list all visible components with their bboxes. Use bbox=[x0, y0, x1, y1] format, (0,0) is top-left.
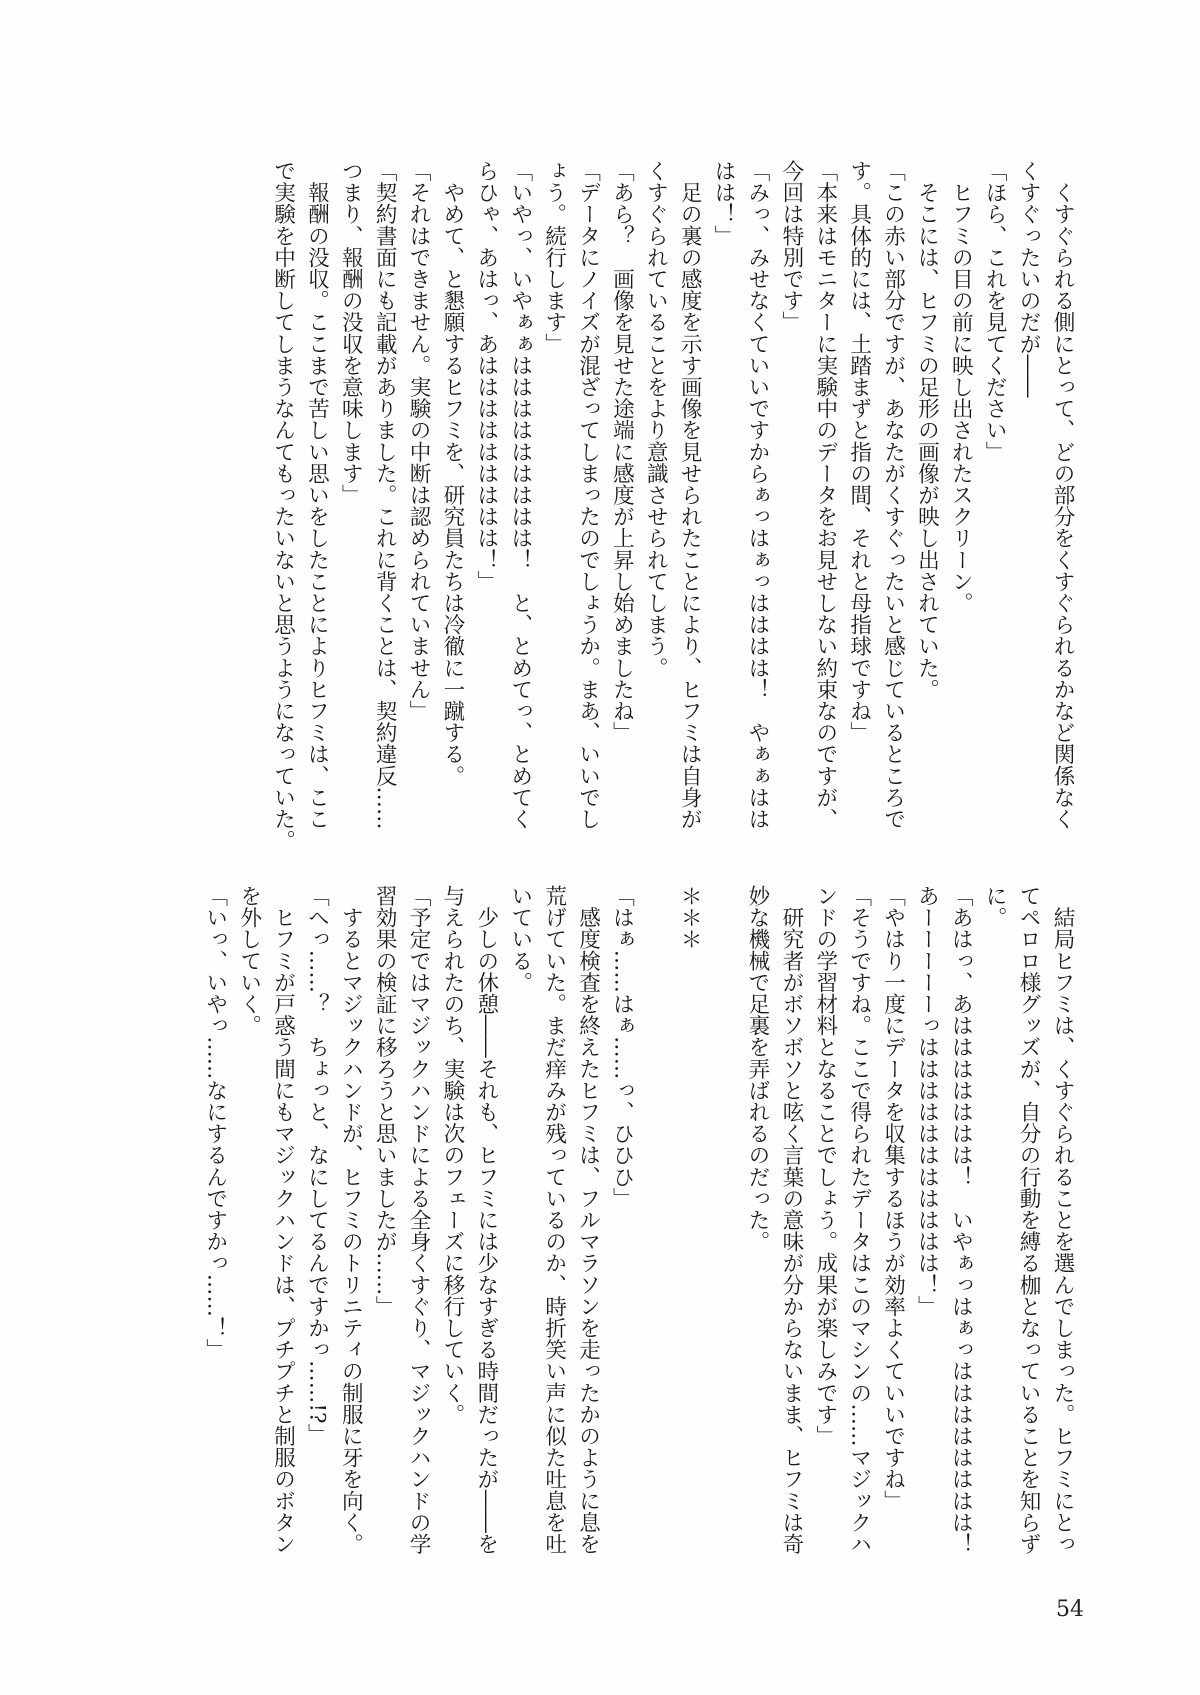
text-column: あーーーーーっははははははははははは！」 bbox=[910, 885, 944, 1575]
text-column: 荒げていた。まだ痒みが残っているのか、時折笑い声に似た吐息を吐 bbox=[537, 885, 571, 1575]
text-column: 「いっ、いやっ……なにするんですかっ……！」 bbox=[198, 885, 232, 1575]
text-column: ンドの学習材料となることでしょう。成果が楽しみです」 bbox=[808, 885, 842, 1575]
text-column: やめて、と懇願するヒフミを、研究員たちは冷徹に一蹴する。 bbox=[435, 160, 469, 850]
text-column: 感度検査を終えたヒフミは、フルマラソンを走ったかのように息を bbox=[571, 885, 605, 1575]
text-column: そこには、ヒフミの足形の画像が映し出されていた。 bbox=[910, 160, 944, 850]
text-column: するとマジックハンドが、ヒフミのトリニティの制服に牙を向く。 bbox=[333, 885, 367, 1575]
text-column: いている。 bbox=[503, 885, 537, 1575]
text-column: 習効果の検証に移ろうと思いましたが……」 bbox=[367, 885, 401, 1575]
text-column: す。具体的には、土踏まずと指の間、それと母指球ですね」 bbox=[842, 160, 876, 850]
text-column: 結局ヒフミは、くすぐられることを選んでしまった。ヒフミにとっ bbox=[1045, 885, 1079, 1575]
text-column: 「本来はモニターに実験中のデータをお見せしない約束なのですが、 bbox=[808, 160, 842, 850]
text-column: に。 bbox=[977, 885, 1011, 1575]
text-column: 足の裏の感度を示す画像を見せられたことにより、ヒフミは自身が bbox=[672, 160, 706, 850]
text-column: 「へっ……？ ちょっと、なにしてるんですかっ……!?」 bbox=[300, 885, 334, 1575]
blank-column bbox=[706, 885, 740, 1575]
text-column: てペロロ様グッズが、自分の行動を縛る枷となっていることを知らず bbox=[1011, 885, 1045, 1575]
text-column: 「いやっ、いやぁぁははははははははは！ と、とめてっ、とめてく bbox=[503, 160, 537, 850]
text-column: 「そうですね。ここで得られたデータはこのマシンの……マジックハ bbox=[842, 885, 876, 1575]
text-column: つまり、報酬の没収を意味します」 bbox=[333, 160, 367, 850]
text-column: 「あら？ 画像を見せた途端に感度が上昇し始めましたね」 bbox=[605, 160, 639, 850]
text-column: はは！」 bbox=[706, 160, 740, 850]
text-column: らひゃ、あはっ、あははははははははは！」 bbox=[469, 160, 503, 850]
text-column: で実験を中断してしまうなんてもったいないと思うようになっていた。 bbox=[266, 160, 300, 850]
top-text-block: くすぐられる側にとって、どの部分をくすぐられるかなど関係なく くすぐったいのだが… bbox=[266, 160, 1079, 850]
text-column: 今回は特別です」 bbox=[774, 160, 808, 850]
text-column: 研究者がボソボソと呟く言葉の意味が分からないまま、ヒフミは奇 bbox=[774, 885, 808, 1575]
text-column: 「みっ、みせなくていいですからぁっはぁっはははは！ やぁぁはは bbox=[740, 160, 774, 850]
text-column: 「はぁ……はぁ……っ、ひひひ」 bbox=[605, 885, 639, 1575]
text-column: ょう。続行します」 bbox=[537, 160, 571, 850]
text-column: を外していく。 bbox=[232, 885, 266, 1575]
text-column: ヒフミが戸惑う間にもマジックハンドは、プチプチと制服のボタン bbox=[266, 885, 300, 1575]
blank-column bbox=[638, 885, 672, 1575]
text-column: くすぐったいのだが―― bbox=[1011, 160, 1045, 850]
text-column: 「この赤い部分ですが、あなたがくすぐったいと感じているところで bbox=[876, 160, 910, 850]
text-column: 「データにノイズが混ざってしまったのでしょうか。まあ、いいでし bbox=[571, 160, 605, 850]
text-column: 「あはっ、あははははははは！ いやぁっはぁっはははははははは！ bbox=[943, 885, 977, 1575]
text-column: 「ほら、これを見てください」 bbox=[977, 160, 1011, 850]
page-number: 54 bbox=[1056, 1597, 1084, 1623]
text-column: くすぐられる側にとって、どの部分をくすぐられるかなど関係なく bbox=[1045, 160, 1079, 850]
bottom-text-block: 結局ヒフミは、くすぐられることを選んでしまった。ヒフミにとっ てペロロ様グッズが… bbox=[198, 885, 1079, 1575]
text-column: 「やはり一度にデータを収集するほうが効率よくていいですね」 bbox=[876, 885, 910, 1575]
text-column: 報酬の没収。ここまで苦しい思いをしたことによりヒフミは、ここ bbox=[300, 160, 334, 850]
text-column: ヒフミの目の前に映し出されたスクリーン。 bbox=[943, 160, 977, 850]
book-page: くすぐられる側にとって、どの部分をくすぐられるかなど関係なく くすぐったいのだが… bbox=[0, 0, 1200, 1695]
text-column: くすぐられていることをより意識させられてしまう。 bbox=[638, 160, 672, 850]
text-column: 与えられたのち、実験は次のフェーズに移行していく。 bbox=[435, 885, 469, 1575]
text-column: 妙な機械で足裏を弄ばれるのだった。 bbox=[740, 885, 774, 1575]
text-column: 「それはできません。実験の中断は認められていません」 bbox=[401, 160, 435, 850]
section-break-asterisks: ＊＊＊ bbox=[672, 885, 706, 1575]
text-column: 少しの休憩――それも、ヒフミには少なすぎる時間だったが――を bbox=[469, 885, 503, 1575]
text-column: 「契約書面にも記載がありました。これに背くことは、契約違反…… bbox=[367, 160, 401, 850]
text-column: 「予定ではマジックハンドによる全身くすぐり、マジックハンドの学 bbox=[401, 885, 435, 1575]
